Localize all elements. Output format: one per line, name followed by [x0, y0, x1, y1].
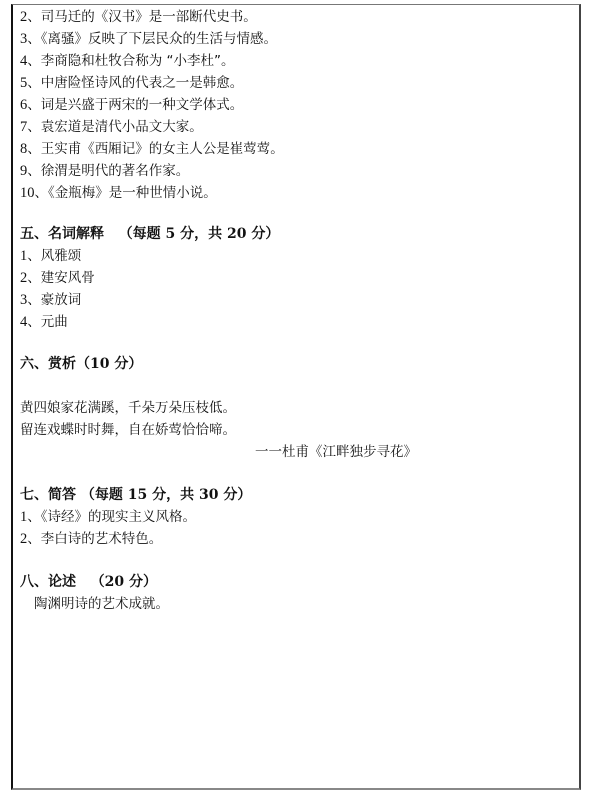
judgment-item-8: 8、王实甫《西厢记》的女主人公是崔莺莺。: [20, 140, 284, 158]
item-text: 、徐渭是明代的著名作家。: [27, 163, 189, 179]
judgment-item-5: 5、中唐险怪诗风的代表之一是韩愈。: [20, 74, 243, 92]
section-title: 七、简答: [20, 487, 76, 503]
judgment-item-4: 4、李商隐和杜牧合称为 “小李杜”。: [20, 52, 235, 70]
item-text: 、王实甫《西厢记》的女主人公是崔莺莺。: [27, 141, 284, 157]
short-answer-item-1: 1、《诗经》的现实主义风格。: [20, 508, 196, 526]
section-title: 五、名词解释: [20, 226, 104, 242]
item-text: 、《诗经》的现实主义风格。: [27, 509, 196, 525]
item-text: 、《离骚》反映了下层民众的生活与情感。: [27, 31, 277, 47]
judgment-item-3: 3、《离骚》反映了下层民众的生活与情感。: [20, 30, 277, 48]
item-text: 、中唐险怪诗风的代表之一是韩愈。: [27, 75, 243, 91]
section-scoring: （20 分）: [91, 574, 157, 590]
section-title: 八、论述: [20, 574, 76, 590]
term-item-2: 2、建安风骨: [20, 269, 95, 287]
section-8-heading: 八、论述 （20 分）: [20, 573, 157, 591]
poem-line-1: 黄四娘家花满蹊，千朵万朵压枝低。: [20, 399, 236, 417]
item-text: 、袁宏道是清代小品文大家。: [27, 119, 203, 135]
item-text: 、风雅颂: [27, 248, 81, 264]
term-item-3: 3、豪放词: [20, 291, 81, 309]
item-text: 、元曲: [27, 314, 68, 330]
item-text: 、李白诗的艺术特色。: [27, 531, 162, 547]
essay-prompt: 陶渊明诗的艺术成就。: [34, 595, 169, 613]
judgment-item-2: 2、司马迁的《汉书》是一部断代史书。: [20, 8, 257, 26]
judgment-item-9: 9、徐渭是明代的著名作家。: [20, 162, 189, 180]
section-7-heading: 七、简答 （每题 15 分，共 30 分）: [20, 486, 251, 504]
item-text: 、豪放词: [27, 292, 81, 308]
term-item-1: 1、风雅颂: [20, 247, 81, 265]
poem-line-2: 留连戏蝶时时舞，自在娇莺恰恰啼。: [20, 421, 236, 439]
item-text: 、司马迁的《汉书》是一部断代史书。: [27, 9, 257, 25]
short-answer-item-2: 2、李白诗的艺术特色。: [20, 530, 162, 548]
judgment-item-10: 10、《金瓶梅》是一种世情小说。: [20, 184, 217, 202]
item-text: 、《金瓶梅》是一种世情小说。: [35, 185, 217, 201]
section-5-heading: 五、名词解释 （每题 5 分，共 20 分）: [20, 225, 279, 243]
item-text: 、建安风骨: [27, 270, 95, 286]
section-scoring: （每题 15 分，共 30 分）: [81, 487, 251, 503]
poem-citation: 一一杜甫《江畔独步寻花》: [255, 443, 417, 461]
section-6-heading: 六、赏析（10 分）: [20, 355, 142, 373]
item-text: 、李商隐和杜牧合称为 “小李杜”。: [27, 53, 234, 69]
item-number: 10: [20, 185, 35, 201]
term-item-4: 4、元曲: [20, 313, 68, 331]
judgment-item-7: 7、袁宏道是清代小品文大家。: [20, 118, 203, 136]
item-text: 、词是兴盛于两宋的一种文学体式。: [27, 97, 243, 113]
section-scoring: （每题 5 分，共 20 分）: [119, 226, 280, 242]
judgment-item-6: 6、词是兴盛于两宋的一种文学体式。: [20, 96, 243, 114]
